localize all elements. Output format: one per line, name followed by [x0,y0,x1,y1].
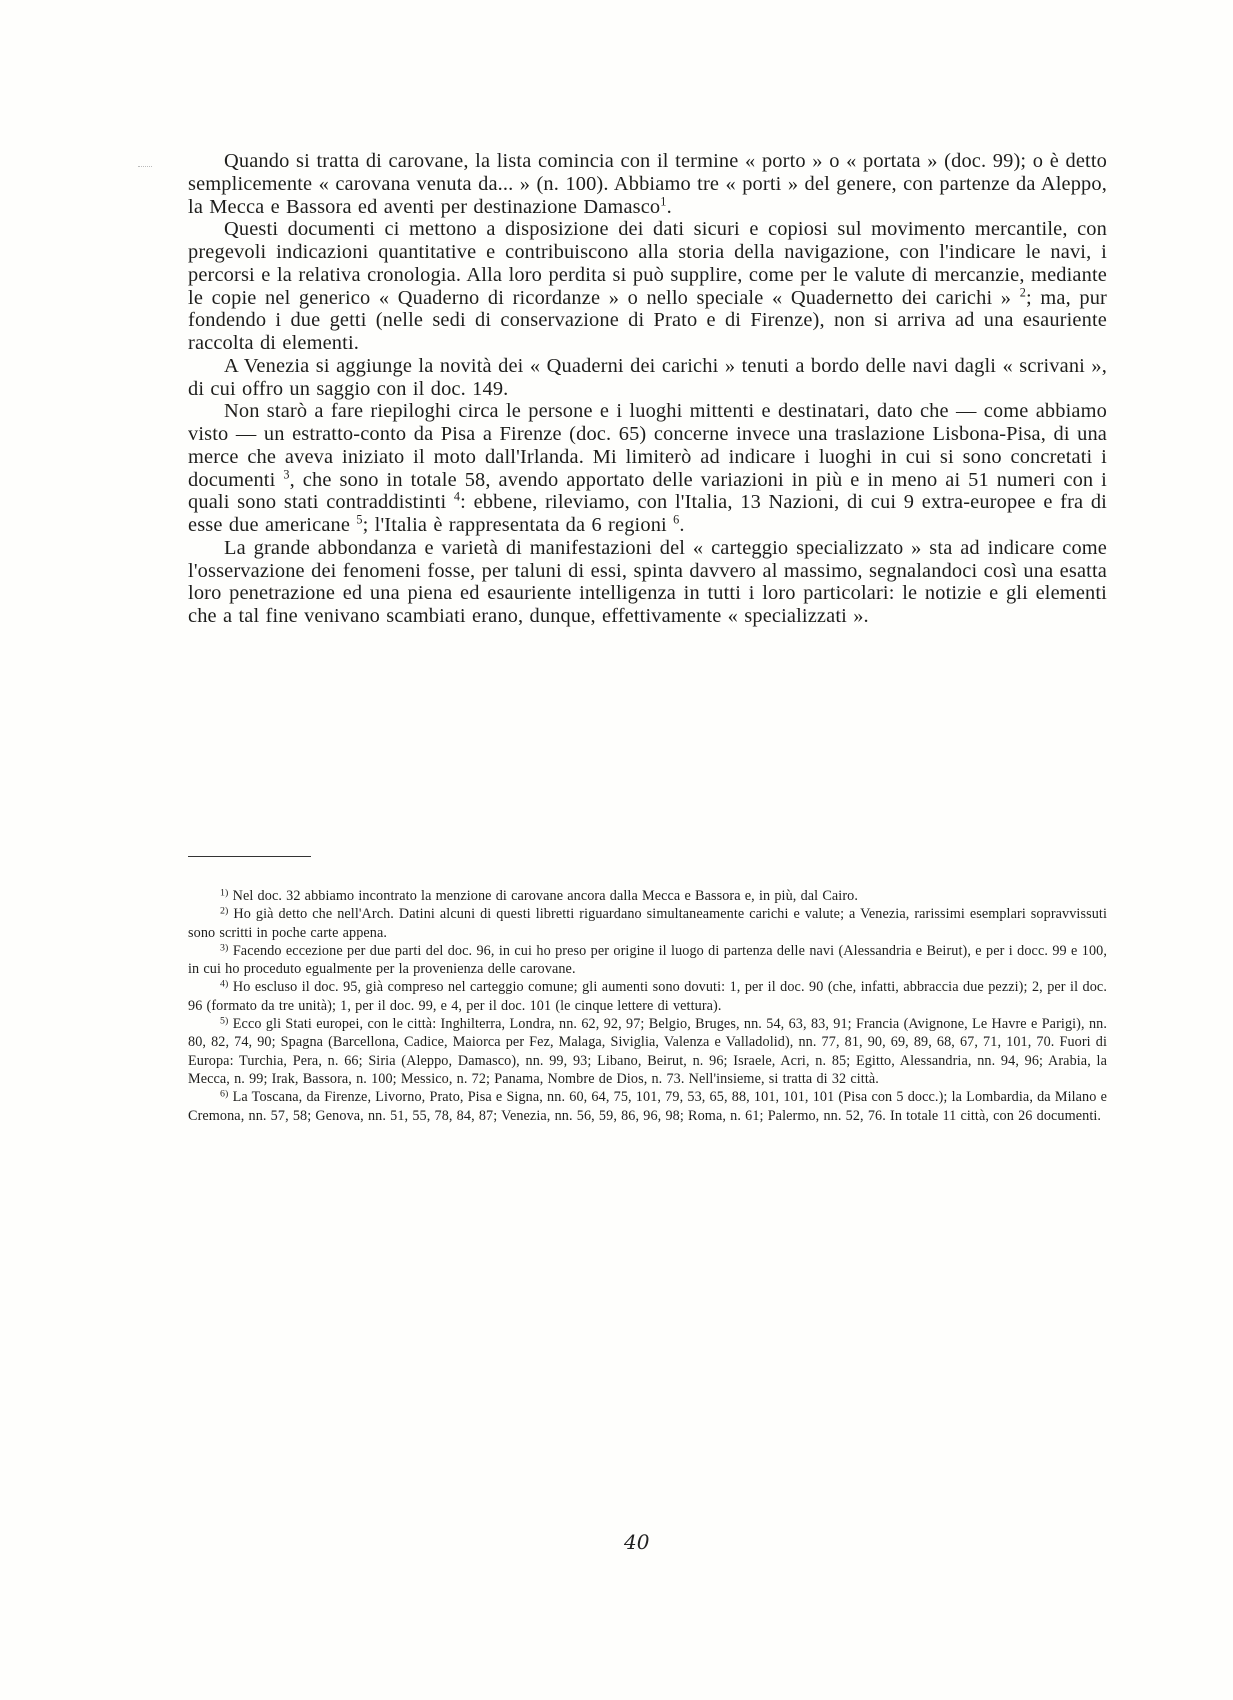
footnote-text: Ho escluso il doc. 95, già compreso nel … [188,979,1107,1013]
footnote-5: 5) Ecco gli Stati europei, con le città:… [188,1015,1107,1088]
footnote-number: 4) [220,979,228,990]
page-number: 40 [624,1530,649,1554]
footnote-number: 1) [220,888,228,899]
footnote-number: 6) [220,1089,228,1100]
paragraph-text: ; l'Italia è rappresentata da 6 regioni [363,514,667,536]
footnote-3: 3) Facendo eccezione per due parti del d… [188,942,1107,979]
body-text: Quando si tratta di carovane, la lista c… [188,150,1107,628]
footnote-text: Ho già detto che nell'Arch. Datini alcun… [188,906,1107,940]
footnote-number: 3) [220,942,228,953]
footnote-6: 6) La Toscana, da Firenze, Livorno, Prat… [188,1088,1107,1125]
footnote-number: 2) [220,906,228,917]
footnotes: 1) Nel doc. 32 abbiamo incontrato la men… [188,887,1107,1125]
margin-mark [138,166,152,167]
paragraph-text: Quando si tratta di carovane, la lista c… [188,150,1107,218]
paragraph-text: Questi documenti ci mettono a disposizio… [188,218,1107,308]
paragraph-text: . [667,196,672,218]
paragraph-4: Non starò a fare riepiloghi circa le per… [188,400,1107,537]
footnote-1: 1) Nel doc. 32 abbiamo incontrato la men… [188,887,1107,905]
paragraph-text: . [679,514,684,536]
footnote-number: 5) [220,1016,228,1027]
footnote-text: La Toscana, da Firenze, Livorno, Prato, … [188,1089,1107,1123]
paragraph-5: La grande abbondanza e varietà di manife… [188,537,1107,628]
paragraph-text: La grande abbondanza e varietà di manife… [188,537,1107,627]
paragraph-text: A Venezia si aggiunge la novità dei « Qu… [188,355,1107,400]
footnote-2: 2) Ho già detto che nell'Arch. Datini al… [188,905,1107,942]
paragraph-3: A Venezia si aggiunge la novità dei « Qu… [188,355,1107,401]
paragraph-1: Quando si tratta di carovane, la lista c… [188,150,1107,218]
footnote-divider [188,856,311,857]
paragraph-2: Questi documenti ci mettono a disposizio… [188,218,1107,355]
footnote-4: 4) Ho escluso il doc. 95, già compreso n… [188,978,1107,1015]
footnote-text: Facendo eccezione per due parti del doc.… [188,943,1107,977]
footnote-text: Ecco gli Stati europei, con le città: In… [188,1016,1107,1087]
footnote-text: Nel doc. 32 abbiamo incontrato la menzio… [233,888,858,904]
